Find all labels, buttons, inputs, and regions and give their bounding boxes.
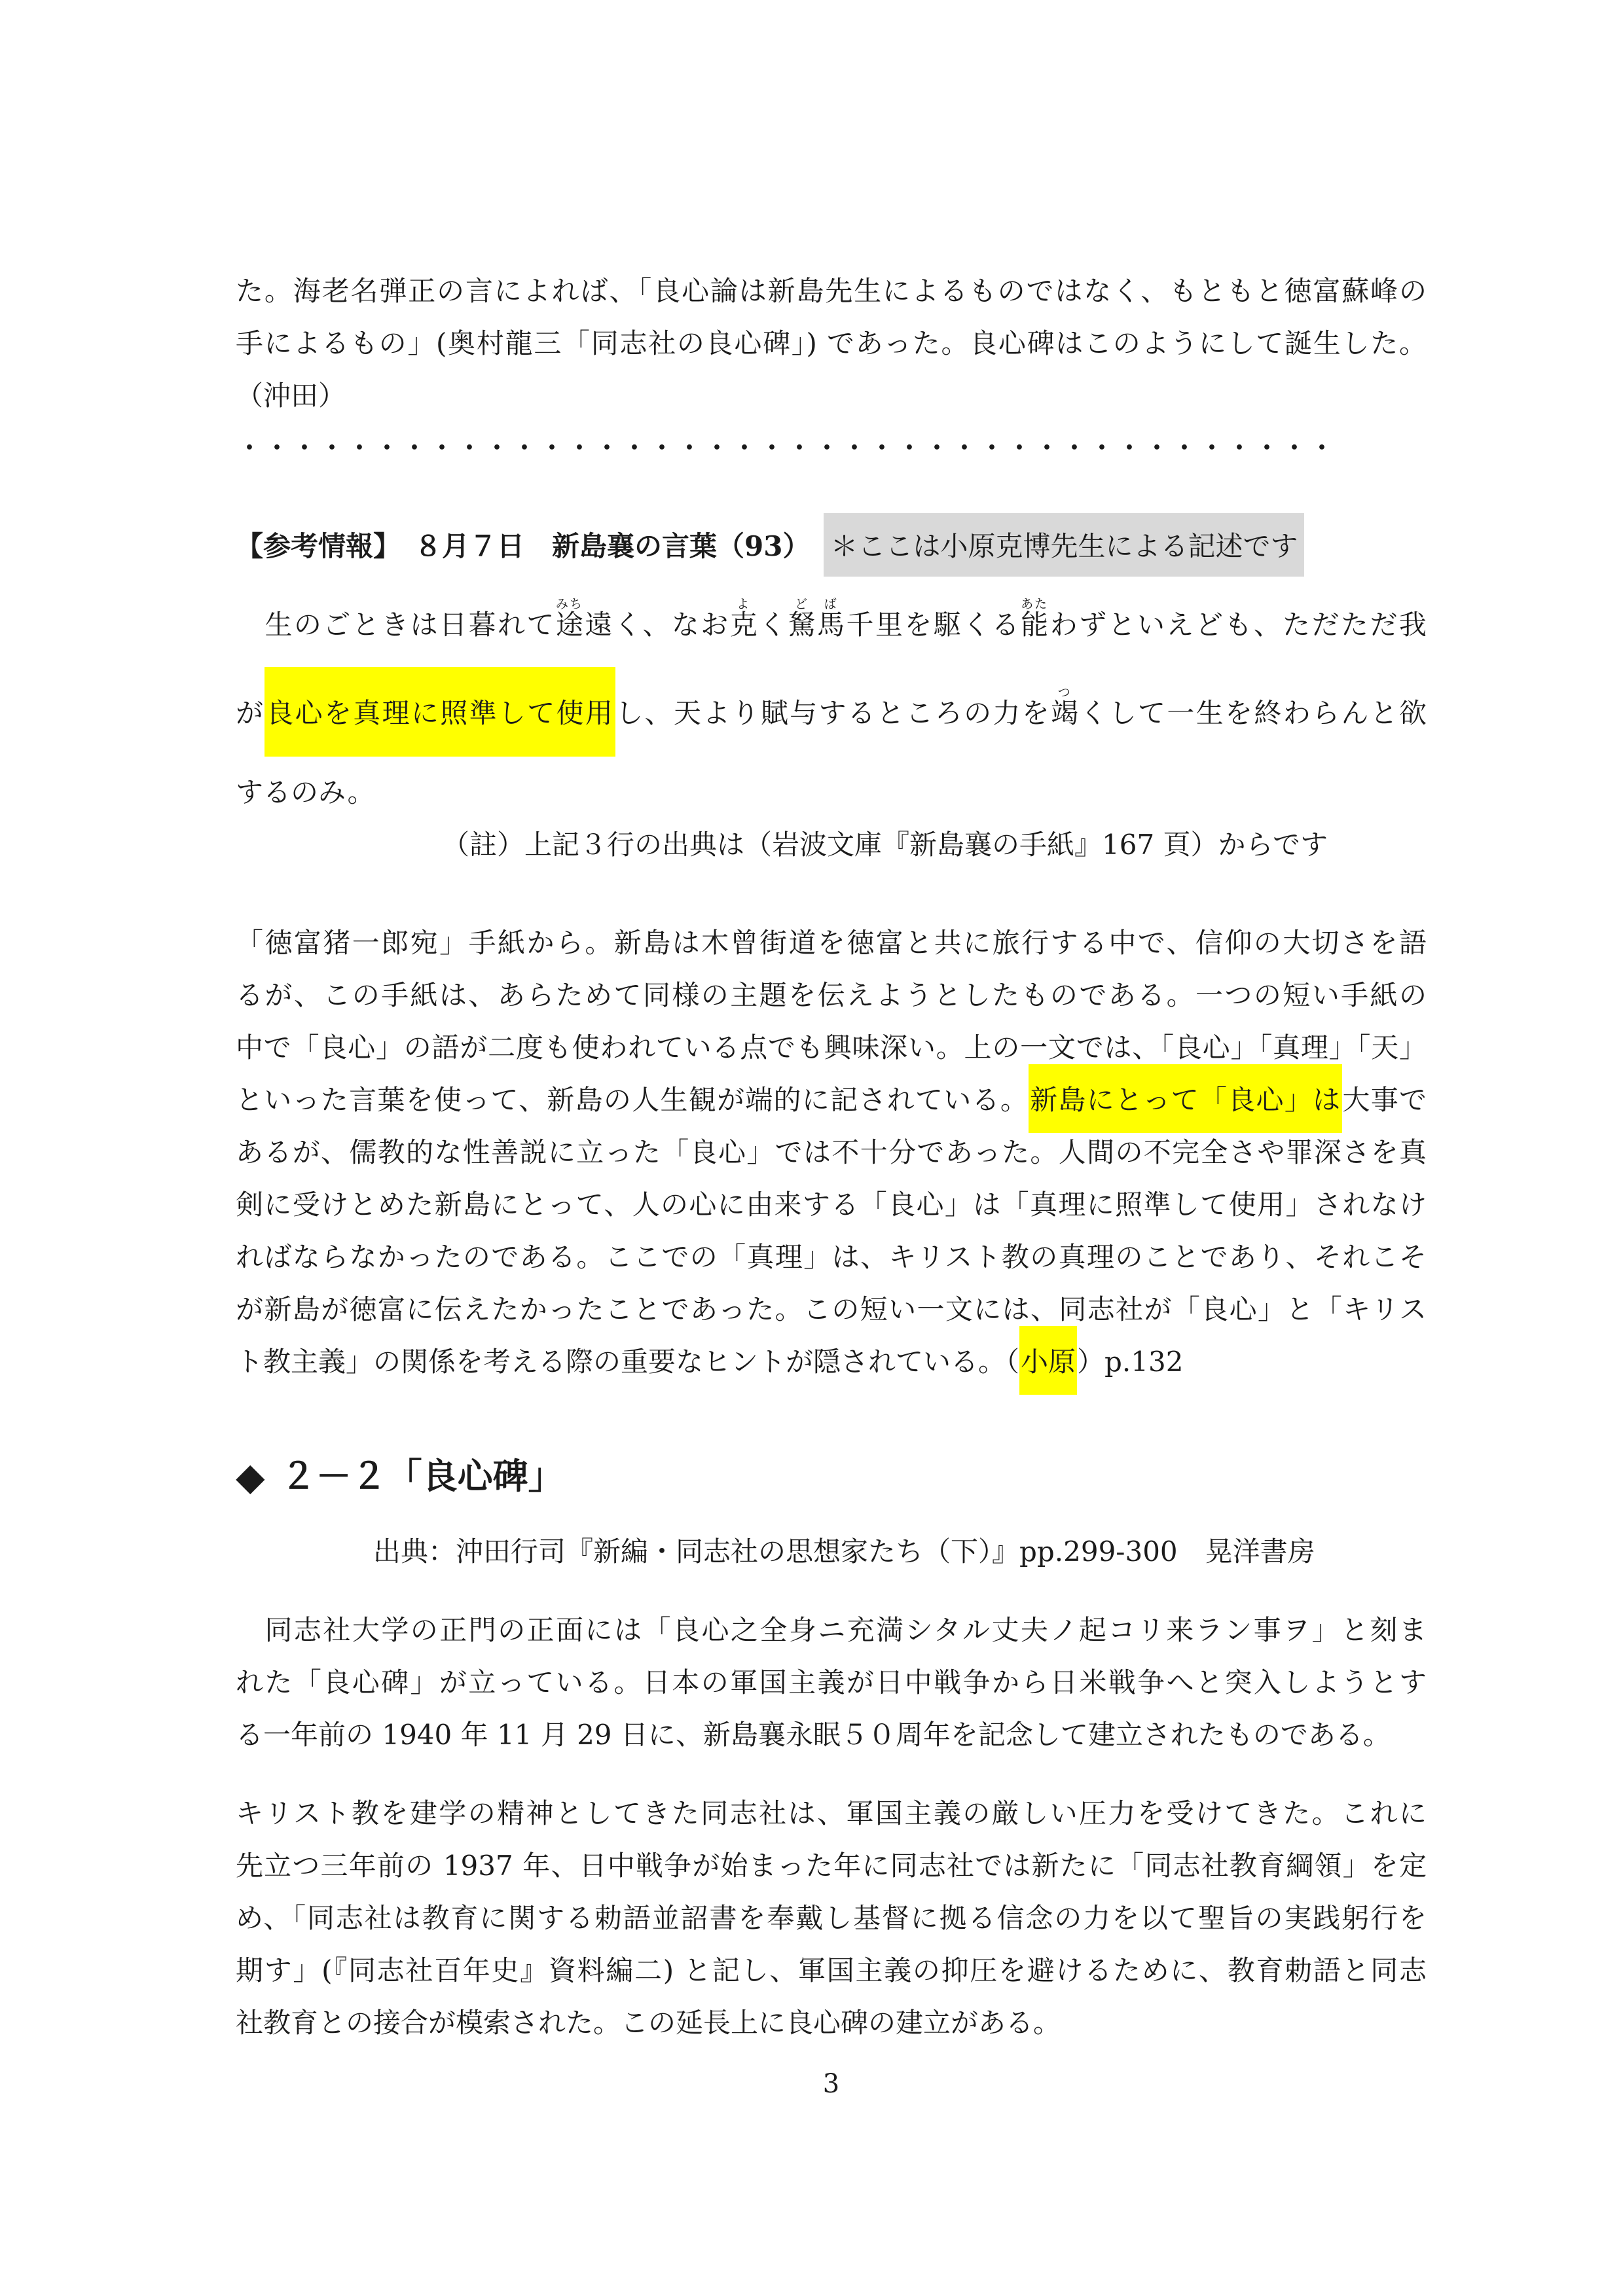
- text-segment: 【参考情報】 ８月７日 新島襄の言葉（93）: [236, 530, 796, 562]
- text-segment: あるが、儒教的な性善説に立った「良心」では不十分であった。人間の不完全さや罪深さ…: [236, 1136, 1427, 1168]
- text-segment: 同志社大学の正門の正面には「良心之全身ニ充満シタル丈夫ノ起コリ来ラン事ヲ」と刻ま: [236, 1614, 1427, 1646]
- text-segment: し、天より賦与するところの力を: [615, 697, 1051, 729]
- text-segment: 期す」(『同志社百年史』資料編二) と記し、軍国主義の抑圧を避けるために、教育勅…: [236, 1954, 1427, 1986]
- reference-header: 【参考情報】 ８月７日 新島襄の言葉（93） ＊ここは小原克博先生による記述です: [236, 520, 1427, 573]
- text-line: ト教主義」の関係を考える際の重要なヒントが隠されている。（小原）p.132: [236, 1336, 1427, 1388]
- text-segment: る一年前の 1940 年 11 月 29 日に、新島襄永眠５０周年を記念して建立…: [236, 1719, 1391, 1751]
- text-segment: た。海老名弾正の言によれば、「良心論は新島先生によるものではなく、もともと徳富蘇…: [236, 275, 1427, 307]
- paragraph-militarism-context: キリスト教を建学の精神としてきた同志社は、軍国主義の厳しい圧力を受けてきた。これ…: [236, 1787, 1427, 2049]
- page-number: 3: [236, 2066, 1427, 2102]
- text-line: するのみ。: [236, 766, 1427, 819]
- text-line: キリスト教を建学の精神としてきた同志社は、軍国主義の厳しい圧力を受けてきた。これ…: [236, 1787, 1427, 1840]
- text-line: 剣に受けとめた新島にとって、人の心に由来する「良心」は「真理に照準して使用」され…: [236, 1179, 1427, 1231]
- text-segment: く: [759, 609, 788, 641]
- text-segment: ればならなかったのである。ここでの「真理」は、キリスト教の真理のことであり、それ…: [236, 1241, 1427, 1273]
- text-segment: ト教主義」の関係を考える際の重要なヒントが隠されている。（: [236, 1346, 1019, 1378]
- text-segment: ・・・・・・・・・・・・・・・・・・・・・・・・・・・・・・・・・・・・・・・・: [236, 432, 1336, 464]
- text-segment: 先立つ三年前の 1937 年、日中戦争が始まった年に同志社では新たに「同志社教育…: [236, 1850, 1427, 1882]
- ruby-segment: 能あた: [1021, 609, 1049, 641]
- text-segment: （沖田）: [236, 380, 346, 412]
- text-line: あるが、儒教的な性善説に立った「良心」では不十分であった。人間の不完全さや罪深さ…: [236, 1126, 1427, 1179]
- ruby-segment: 克よ: [730, 609, 759, 641]
- text-line: 手によるもの」(奥村龍三「同志社の良心碑」) であった。良心碑はこのようにして誕…: [236, 317, 1427, 370]
- text-segment: 千里を駆くる: [847, 609, 1021, 641]
- text-segment: 中で「良心」の語が二度も使われている点でも興味深い。上の一文では、「良心」「真理…: [236, 1031, 1427, 1064]
- gray-note: ＊ここは小原克博先生による記述です: [824, 513, 1304, 577]
- text-line: ればならなかったのである。ここでの「真理」は、キリスト教の真理のことであり、それ…: [236, 1231, 1427, 1283]
- highlighted-text: 新島にとって「良心」は: [1029, 1064, 1342, 1133]
- ruby-segment: 竭つ: [1051, 697, 1080, 729]
- text-line: 同志社大学の正門の正面には「良心之全身ニ充満シタル丈夫ノ起コリ来ラン事ヲ」と刻ま: [236, 1604, 1427, 1657]
- paragraph-monument-description: 同志社大学の正門の正面には「良心之全身ニ充満シタル丈夫ノ起コリ来ラン事ヲ」と刻ま…: [236, 1604, 1427, 1761]
- source-note: （註）上記３行の出典は（岩波文庫『新島襄の手紙』167 頁）からです: [236, 819, 1427, 871]
- text-segment: [796, 530, 824, 562]
- text-segment: 「徳富猪一郎宛」手紙から。新島は木曾街道を徳富と共に旅行する中で、信仰の大切さを…: [236, 927, 1427, 959]
- source-citation: 出典：沖田行司『新編・同志社の思想家たち（下）』pp.299-300 晃洋書房: [236, 1526, 1427, 1578]
- text-segment: するのみ。: [236, 776, 375, 808]
- text-segment: くして一生を終わらんと欲: [1080, 697, 1427, 729]
- highlighted-text: 良心を真理に照準して使用: [264, 667, 615, 757]
- text-line: め、「同志社は教育に関する勅語並詔書を奉戴し基督に拠る信念の力を以て聖旨の実践躬…: [236, 1892, 1427, 1945]
- paragraph-conscience-origin: た。海老名弾正の言によれば、「良心論は新島先生によるものではなく、もともと徳富蘇…: [236, 265, 1427, 475]
- text-segment: が: [236, 697, 264, 729]
- text-line: 「徳富猪一郎宛」手紙から。新島は木曾街道を徳富と共に旅行する中で、信仰の大切さを…: [236, 917, 1427, 969]
- text-line: が良心を真理に照準して使用し、天より賦与するところの力を竭つくして一生を終わらん…: [236, 669, 1427, 757]
- text-line: 生のごときは日暮れて途みち遠く、なお克よく駑ど馬ば千里を駆くる能あたわずといえど…: [236, 581, 1427, 669]
- text-segment: 剣に受けとめた新島にとって、人の心に由来する「良心」は「真理に照準して使用」され…: [236, 1189, 1427, 1221]
- text-line: 期す」(『同志社百年史』資料編二) と記し、軍国主義の抑圧を避けるために、教育勅…: [236, 1945, 1427, 1997]
- section-heading-title: ２－２「良心碑」: [281, 1447, 564, 1506]
- text-segment: 手によるもの」(奥村龍三「同志社の良心碑」) であった。良心碑はこのようにして誕…: [236, 327, 1427, 359]
- text-line: が新島が徳富に伝えたかったことであった。この短い一文には、同志社が「良心」と「キ…: [236, 1283, 1427, 1336]
- text-segment: るが、この手紙は、あらためて同様の主題を伝えようとしたものである。一つの短い手紙…: [236, 979, 1427, 1011]
- quote-ending-and-note: するのみ。 （註）上記３行の出典は（岩波文庫『新島襄の手紙』167 頁）からです: [236, 766, 1427, 871]
- document-page: た。海老名弾正の言によれば、「良心論は新島先生によるものではなく、もともと徳富蘇…: [0, 0, 1623, 2296]
- diamond-icon: ◆: [236, 1447, 265, 1506]
- text-segment: わずといえども、ただただ我: [1050, 609, 1427, 641]
- text-line: た。海老名弾正の言によれば、「良心論は新島先生によるものではなく、もともと徳富蘇…: [236, 265, 1427, 317]
- text-segment: 大事で: [1342, 1084, 1427, 1116]
- text-segment: ）p.132: [1077, 1346, 1183, 1378]
- text-segment: れた「良心碑」が立っている。日本の軍国主義が日中戦争から日米戦争へと突入しようと…: [236, 1666, 1427, 1698]
- ruby-segment: 途みち: [556, 609, 585, 641]
- text-line: 先立つ三年前の 1937 年、日中戦争が始まった年に同志社では新たに「同志社教育…: [236, 1840, 1427, 1892]
- text-segment: キリスト教を建学の精神としてきた同志社は、軍国主義の厳しい圧力を受けてきた。これ…: [236, 1797, 1427, 1829]
- highlighted-text: 小原: [1019, 1326, 1077, 1395]
- ruby-segment: 馬ば: [817, 609, 846, 641]
- text-line: といった言葉を使って、新島の人生観が端的に記されている。新島にとって「良心」は大…: [236, 1074, 1427, 1126]
- paragraph-letter-commentary: 「徳富猪一郎宛」手紙から。新島は木曾街道を徳富と共に旅行する中で、信仰の大切さを…: [236, 917, 1427, 1388]
- text-line: るが、この手紙は、あらためて同様の主題を伝えようとしたものである。一つの短い手紙…: [236, 969, 1427, 1022]
- text-line: る一年前の 1940 年 11 月 29 日に、新島襄永眠５０周年を記念して建立…: [236, 1709, 1427, 1761]
- section-source-line: 出典：沖田行司『新編・同志社の思想家たち（下）』pp.299-300 晃洋書房: [236, 1526, 1427, 1578]
- section-heading: ◆ ２－２「良心碑」: [236, 1447, 1427, 1506]
- text-segment: が新島が徳富に伝えたかったことであった。この短い一文には、同志社が「良心」と「キ…: [236, 1293, 1427, 1325]
- text-segment: （註）上記３行の出典は（岩波文庫『新島襄の手紙』167 頁）からです: [236, 829, 1328, 861]
- text-segment: 遠く、なお: [585, 609, 729, 641]
- text-segment: 出典：沖田行司『新編・同志社の思想家たち（下）』pp.299-300 晃洋書房: [236, 1535, 1315, 1568]
- text-segment: め、「同志社は教育に関する勅語並詔書を奉戴し基督に拠る信念の力を以て聖旨の実践躬…: [236, 1902, 1427, 1934]
- niijima-quote-block: 生のごときは日暮れて途みち遠く、なお克よく駑ど馬ば千里を駆くる能あたわずといえど…: [236, 581, 1427, 757]
- dotted-separator: ・・・・・・・・・・・・・・・・・・・・・・・・・・・・・・・・・・・・・・・・: [236, 422, 1427, 475]
- text-segment: 社教育との接合が模索された。この延長上に良心碑の建立がある。: [236, 2007, 1061, 2039]
- ruby-segment: 駑ど: [788, 609, 817, 641]
- text-line: 社教育との接合が模索された。この延長上に良心碑の建立がある。: [236, 1997, 1427, 2049]
- reference-info-line: 【参考情報】 ８月７日 新島襄の言葉（93） ＊ここは小原克博先生による記述です: [236, 520, 1427, 573]
- text-line: （沖田）: [236, 370, 1427, 422]
- text-line: れた「良心碑」が立っている。日本の軍国主義が日中戦争から日米戦争へと突入しようと…: [236, 1657, 1427, 1709]
- text-segment: 生のごときは日暮れて: [236, 609, 556, 641]
- text-segment: といった言葉を使って、新島の人生観が端的に記されている。: [236, 1084, 1029, 1116]
